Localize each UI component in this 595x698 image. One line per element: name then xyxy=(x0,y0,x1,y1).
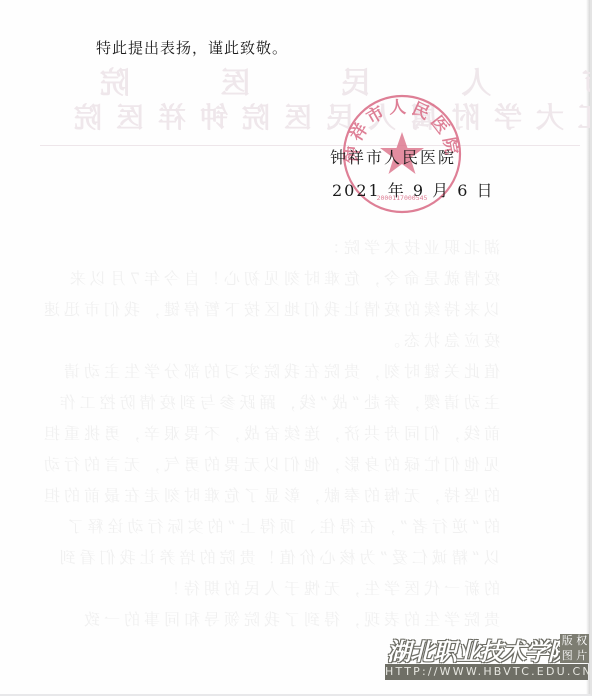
bleed-through-line: 以“精诚仁爱”为核心价值！贵院的培养让我们看到 xyxy=(40,542,500,573)
bleed-through-line: 的坚持，无悔的奉献，彰显了危难时刻走在最前的担 xyxy=(40,480,500,511)
signer-name: 钟祥市人民医院 xyxy=(330,145,456,168)
bleed-through-rule xyxy=(40,145,580,146)
bleed-through-line: 疫情就是命令，危难时刻见初心！自今年7月以来 xyxy=(40,263,500,294)
bleed-through-line: 前线，们同舟共济，连续奋战，不畏艰辛，勇挑重担 xyxy=(40,418,500,449)
bleed-through-heading-2: 长江大学附属人民医院钟祥医院 xyxy=(60,96,592,136)
copyright-watermark: 湖北职业技术学院 版 权 图 片 HTTP://WWW.HBVTC.EDU.CN xyxy=(385,632,592,682)
scanned-document-page: 钟 祥 市 人 民 医 院 长江大学附属人民医院钟祥医院 湖北职业技术学院： 疫… xyxy=(0,0,592,696)
watermark-url: HTTP://WWW.HBVTC.EDU.CN xyxy=(385,664,588,680)
badge-char: 版 xyxy=(560,634,575,649)
bleed-through-line: 主动请缨，奔赴“战”线，踊跃参与到疫情防控工作 xyxy=(40,387,500,418)
badge-char: 片 xyxy=(575,649,590,664)
bleed-through-line: 的“逆行者”，在得住、顶得上”的实际行动诠释了 xyxy=(40,511,500,542)
badge-char: 权 xyxy=(575,634,590,649)
signature-date: 2021 年 9 月 6 日 xyxy=(332,178,495,201)
bleed-through-body: 湖北职业技术学院： 疫情就是命令，危难时刻见初心！自今年7月以来以来持续的疫情让… xyxy=(40,232,500,635)
bleed-through-line: 值此关键时刻，贵院在我院实习的部分学生主动请 xyxy=(40,356,500,387)
bleed-through-line: 见他们忙碌的身影，他们以无畏的勇气，无言的行动 xyxy=(40,449,500,480)
bleed-through-line: 的新一代医学生，无愧于人民的期待！ xyxy=(40,573,500,604)
bleed-through-line: 以来持续的疫情让我们地区按下暂停键，我们市迅速启 xyxy=(40,294,500,325)
bleed-through-line: 贵院学生的表现，得到了我院领导和同事的一致 xyxy=(40,604,500,635)
copyright-badge: 版 权 图 片 xyxy=(560,634,589,663)
bleed-through-line: 湖北职业技术学院： xyxy=(40,232,500,263)
closing-line: 特此提出表扬，谨此致敬。 xyxy=(96,37,288,58)
bleed-through-line: 疫应急状态。 xyxy=(40,325,500,356)
badge-char: 图 xyxy=(560,649,575,664)
watermark-logo-text: 湖北职业技术学院 xyxy=(387,632,557,660)
